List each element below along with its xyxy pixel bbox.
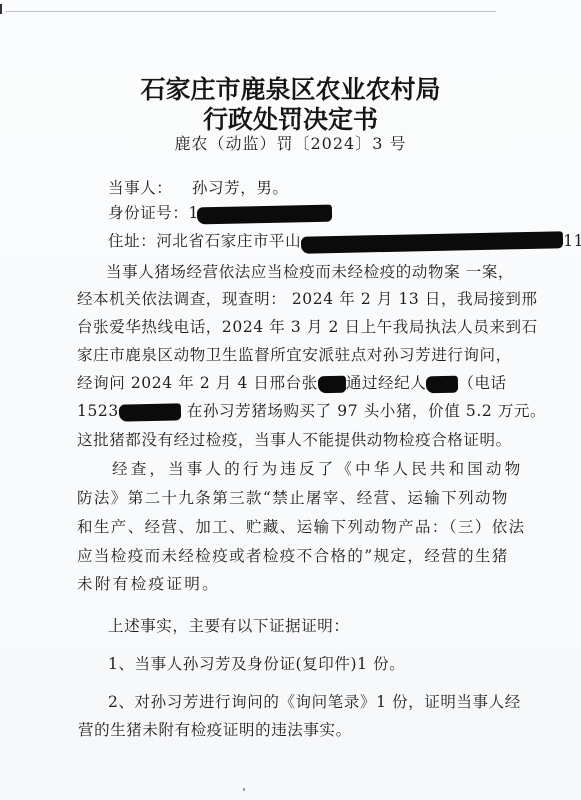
document-number: 鹿农（动监）罚〔2024〕3 号 xyxy=(0,131,581,154)
facts-line-5: 经询问 2024 年 2 月 4 日邢台张通过经纪人（电话 xyxy=(77,371,507,393)
address-line: 住址：河北省石家庄市平山11 号 xyxy=(108,229,581,251)
redaction-broker-name xyxy=(426,375,458,393)
facts-line-7: 这批猪都没有经过检疫，当事人不能提供动物检疫合格证明。 xyxy=(77,428,512,450)
violation-line-3: 和生产、经营、加工、贮藏、运输下列动物产品：（三）依法 xyxy=(77,515,526,537)
evidence-item-2-line-2: 营的生猪未附有检疫证明的违法事实。 xyxy=(78,718,352,740)
facts-line-5-b: 通过经纪人 xyxy=(346,374,427,392)
address-label: 住址： xyxy=(108,232,156,250)
evidence-item-2-line-1: 2、对孙习芳进行询问的《询问笔录》1 份，证明当事人经 xyxy=(108,690,521,712)
facts-line-2: 经本机关依法调查，现查明： 2024 年 2 月 13 日，我局接到邢 xyxy=(77,287,538,309)
party-line: 当事人： 孙习芳，男。 xyxy=(108,176,289,198)
facts-line-6: 1523在孙习芳猪场购买了 97 头小猪，价值 5.2 万元。 xyxy=(77,399,546,421)
redaction-phone-number xyxy=(119,403,181,421)
violation-line-4: 应当检疫而未经检疫或者检疫不合格的”规定，经营的生猪 xyxy=(77,544,509,566)
redaction-address xyxy=(301,231,563,253)
evidence-item-1: 1、当事人孙习芳及身份证(复印件)1 份。 xyxy=(108,652,405,674)
facts-line-1: 当事人猪场经营依法应当检疫而未经检疫的动物案 一案， xyxy=(106,260,514,282)
id-line: 身份证号：1 xyxy=(108,201,332,223)
facts-line-6-b: 在孙习芳猪场购买了 97 头小猪，价值 5.2 万元。 xyxy=(187,402,546,420)
page-top-edge xyxy=(6,11,496,12)
facts-line-5-c: （电话 xyxy=(458,374,506,392)
violation-line-1: 经查，当事人的行为违反了《中华人民共和国动物 xyxy=(112,457,523,479)
scan-speck xyxy=(243,788,245,791)
redaction-buyer-name xyxy=(318,375,346,393)
address-suffix: 11 号 xyxy=(563,232,581,250)
facts-line-3: 台张爱华热线电话，2024 年 3 月 2 日上午我局执法人员来到石 xyxy=(77,315,538,337)
address-prefix: 河北省石家庄市平山 xyxy=(156,232,301,250)
facts-line-5-a: 经询问 2024 年 2 月 4 日邢台张 xyxy=(77,374,318,392)
document-page: 石家庄市鹿泉区农业农村局 行政处罚决定书 鹿农（动监）罚〔2024〕3 号 当事… xyxy=(0,0,581,800)
facts-line-4: 家庄市鹿泉区动物卫生监督所宜安派驻点对孙习芳进行询问， xyxy=(77,343,512,365)
scan-edge-mark xyxy=(0,4,2,14)
redaction-id-number xyxy=(197,204,332,224)
violation-line-2: 防法》第二十九条第三款“禁止屠宰、经营、运输下列动物 xyxy=(77,486,509,508)
id-label: 身份证号： xyxy=(108,204,189,222)
party-label: 当事人： xyxy=(108,179,172,197)
violation-line-5: 未附有检疫证明。 xyxy=(77,572,220,594)
facts-line-6-a: 1523 xyxy=(77,402,119,420)
party-value: 孙习芳，男。 xyxy=(192,179,289,197)
evidence-intro: 上述事实，主要有以下证据证明： xyxy=(108,614,350,636)
